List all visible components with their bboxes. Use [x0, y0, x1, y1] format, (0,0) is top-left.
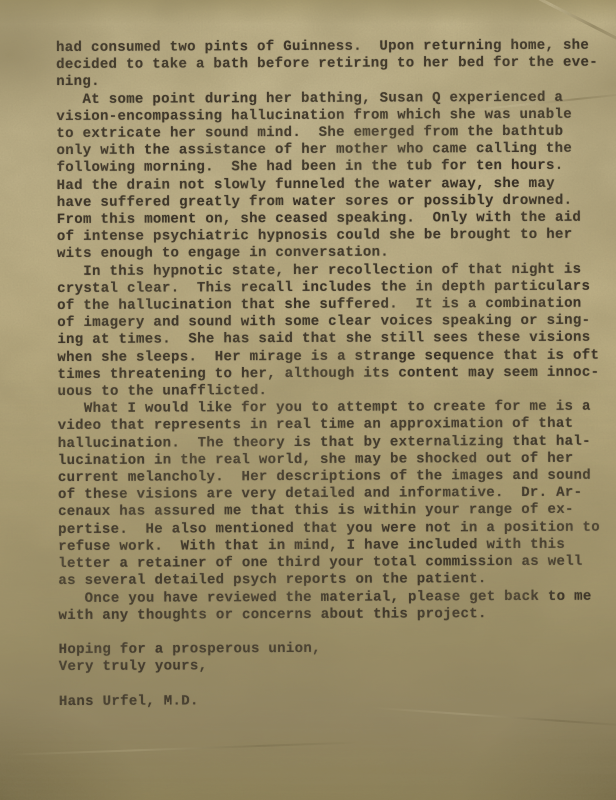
- letter-line: In this hypnotic state, her recollection…: [57, 261, 605, 281]
- letter-line: hallucination. The theory is that by ext…: [58, 433, 606, 453]
- letter-line: cenaux has assured me that this is withi…: [58, 502, 606, 522]
- letter-line: letter a retainer of one third your tota…: [58, 554, 606, 574]
- letter-line: pertise. He also mentioned that you were…: [58, 519, 606, 539]
- letter-line: of intense psychiatric hypnosis could sh…: [57, 227, 605, 247]
- letter-line: decided to take a bath before retiring t…: [56, 55, 604, 75]
- letter-line: ing at times. She has said that she stil…: [57, 330, 605, 350]
- letter-line: Hans Urfel, M.D.: [59, 691, 607, 711]
- letter-line: Had the drain not slowly funneled the wa…: [57, 175, 605, 195]
- letter-body: had consumed two pints of Guinness. Upon…: [56, 38, 607, 711]
- letter-line: following morning. She had been in the t…: [57, 158, 605, 178]
- paper-sheet: had consumed two pints of Guinness. Upon…: [0, 0, 616, 800]
- letter-line: video that represents in real time an ap…: [58, 416, 606, 436]
- letter-line: when she sleeps. Her mirage is a strange…: [57, 347, 605, 367]
- paper-crease: [0, 742, 358, 757]
- letter-line: At some point during her bathing, Susan …: [56, 89, 604, 109]
- letter-line: Once you have reviewed the material, ple…: [58, 588, 606, 608]
- paper-crease: [370, 707, 616, 728]
- letter-line: times threatening to her, although its c…: [57, 364, 605, 384]
